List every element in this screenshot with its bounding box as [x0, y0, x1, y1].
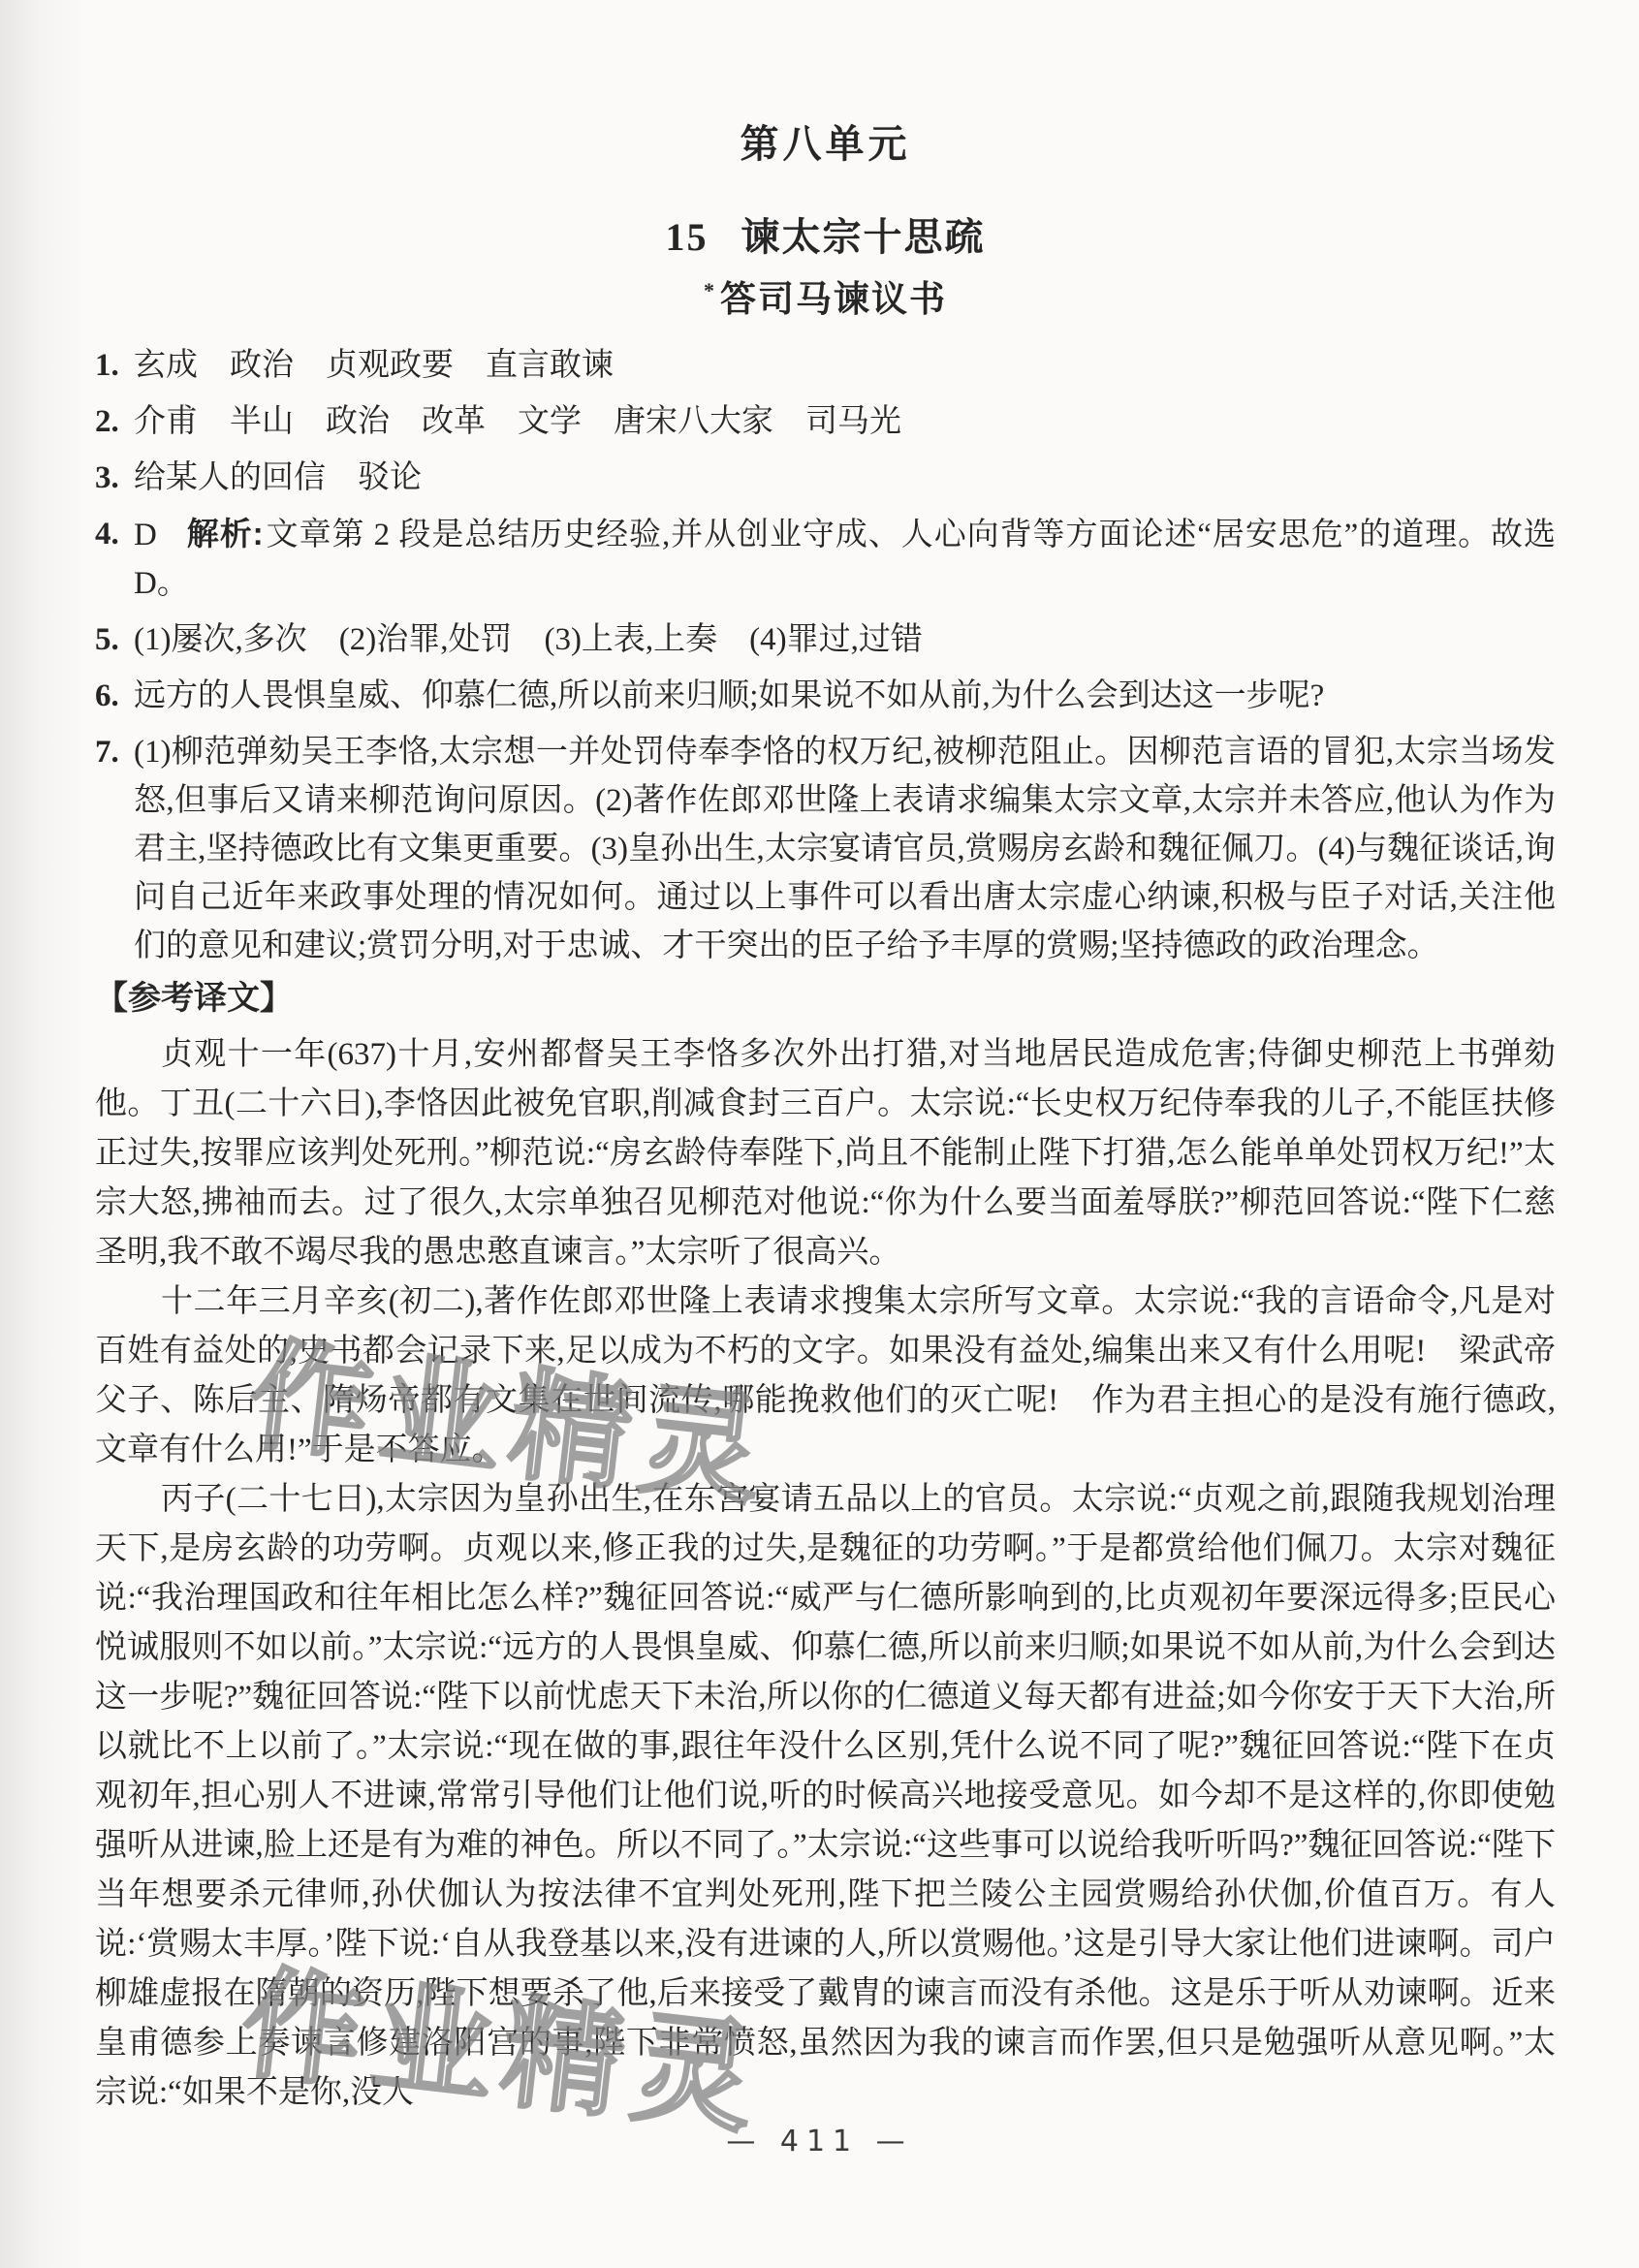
answer-number: 2.	[95, 397, 134, 446]
answer-item-3: 3. 给某人的回信 驳论	[95, 454, 1556, 502]
reference-translation-label: 【参考译文】	[95, 974, 1556, 1023]
lesson-title: 15谏太宗十思疏	[95, 215, 1556, 260]
translation-paragraph-1: 贞观十一年(637)十月,安州都督吴王李恪多次外出打猎,对当地居民造成危害;侍御…	[95, 1030, 1556, 1277]
answer-number: 3.	[95, 454, 134, 502]
workbook-answer-page: 第八单元 15谏太宗十思疏 *答司马谏议书 1. 玄成 政治 贞观政要 直言敢谏…	[0, 0, 1639, 2268]
unit-header: 第八单元	[95, 122, 1556, 167]
answer-number: 4.	[95, 510, 134, 558]
answer-text: 远方的人畏惧皇威、仰慕仁德,所以前来归顺;如果说不如从前,为什么会到达这一步呢?	[134, 678, 1324, 713]
lesson-name: 谏太宗十思疏	[741, 215, 986, 259]
analysis-label: 解析:	[186, 516, 264, 551]
translation-paragraph-3: 丙子(二十七日),太宗因为皇孙出生,在东宫宴请五品以上的官员。太宗说:“贞观之前…	[95, 1475, 1556, 2118]
answer-text: 玄成 政治 贞观政要 直言敢谏	[134, 348, 614, 383]
answer-text: (1)屡次,多次 (2)治罪,处罚 (3)上表,上奏 (4)罪过,过错	[134, 622, 923, 657]
answer-text: (1)柳范弹劾吴王李恪,太宗想一并处罚侍奉李恪的权万纪,被柳范阻止。因柳范言语的…	[134, 735, 1556, 963]
answer-number: 7.	[95, 728, 134, 776]
translation-paragraph-2: 十二年三月辛亥(初二),著作佐郎邓世隆上表请求搜集太宗所写文章。太宗说:“我的言…	[95, 1277, 1556, 1475]
answer-text: 介甫 半山 政治 改革 文学 唐宋八大家 司马光	[134, 404, 901, 439]
answer-item-2: 2. 介甫 半山 政治 改革 文学 唐宋八大家 司马光	[95, 397, 1556, 446]
answer-item-1: 1. 玄成 政治 贞观政要 直言敢谏	[95, 341, 1556, 390]
footnote-star: *	[704, 278, 716, 302]
answer-text: D解析:文章第 2 段是总结历史经验,并从创业守成、人心向背等方面论述“居安思危…	[134, 518, 1556, 601]
answer-item-4: 4. D解析:文章第 2 段是总结历史经验,并从创业守成、人心向背等方面论述“居…	[95, 510, 1556, 608]
lesson-subtitle: *答司马谏议书	[95, 269, 1556, 322]
subtitle-text: 答司马谏议书	[720, 280, 947, 320]
answer-item-5: 5. (1)屡次,多次 (2)治罪,处罚 (3)上表,上奏 (4)罪过,过错	[95, 615, 1556, 664]
answers-list: 1. 玄成 政治 贞观政要 直言敢谏 2. 介甫 半山 政治 改革 文学 唐宋八…	[95, 341, 1556, 970]
answer-item-6: 6. 远方的人畏惧皇威、仰慕仁德,所以前来归顺;如果说不如从前,为什么会到达这一…	[95, 672, 1556, 720]
answer-choice: D	[134, 518, 157, 552]
lesson-number: 15	[666, 215, 709, 259]
analysis-text: 文章第 2 段是总结历史经验,并从创业守成、人心向背等方面论述“居安思危”的道理…	[134, 518, 1556, 601]
answer-text: 给某人的回信 驳论	[134, 460, 422, 495]
answer-number: 6.	[95, 672, 134, 720]
answer-number: 5.	[95, 615, 134, 664]
page-number: — 411 —	[0, 2125, 1639, 2158]
answer-item-7: 7. (1)柳范弹劾吴王李恪,太宗想一并处罚侍奉李恪的权万纪,被柳范阻止。因柳范…	[95, 728, 1556, 970]
answer-number: 1.	[95, 341, 134, 390]
